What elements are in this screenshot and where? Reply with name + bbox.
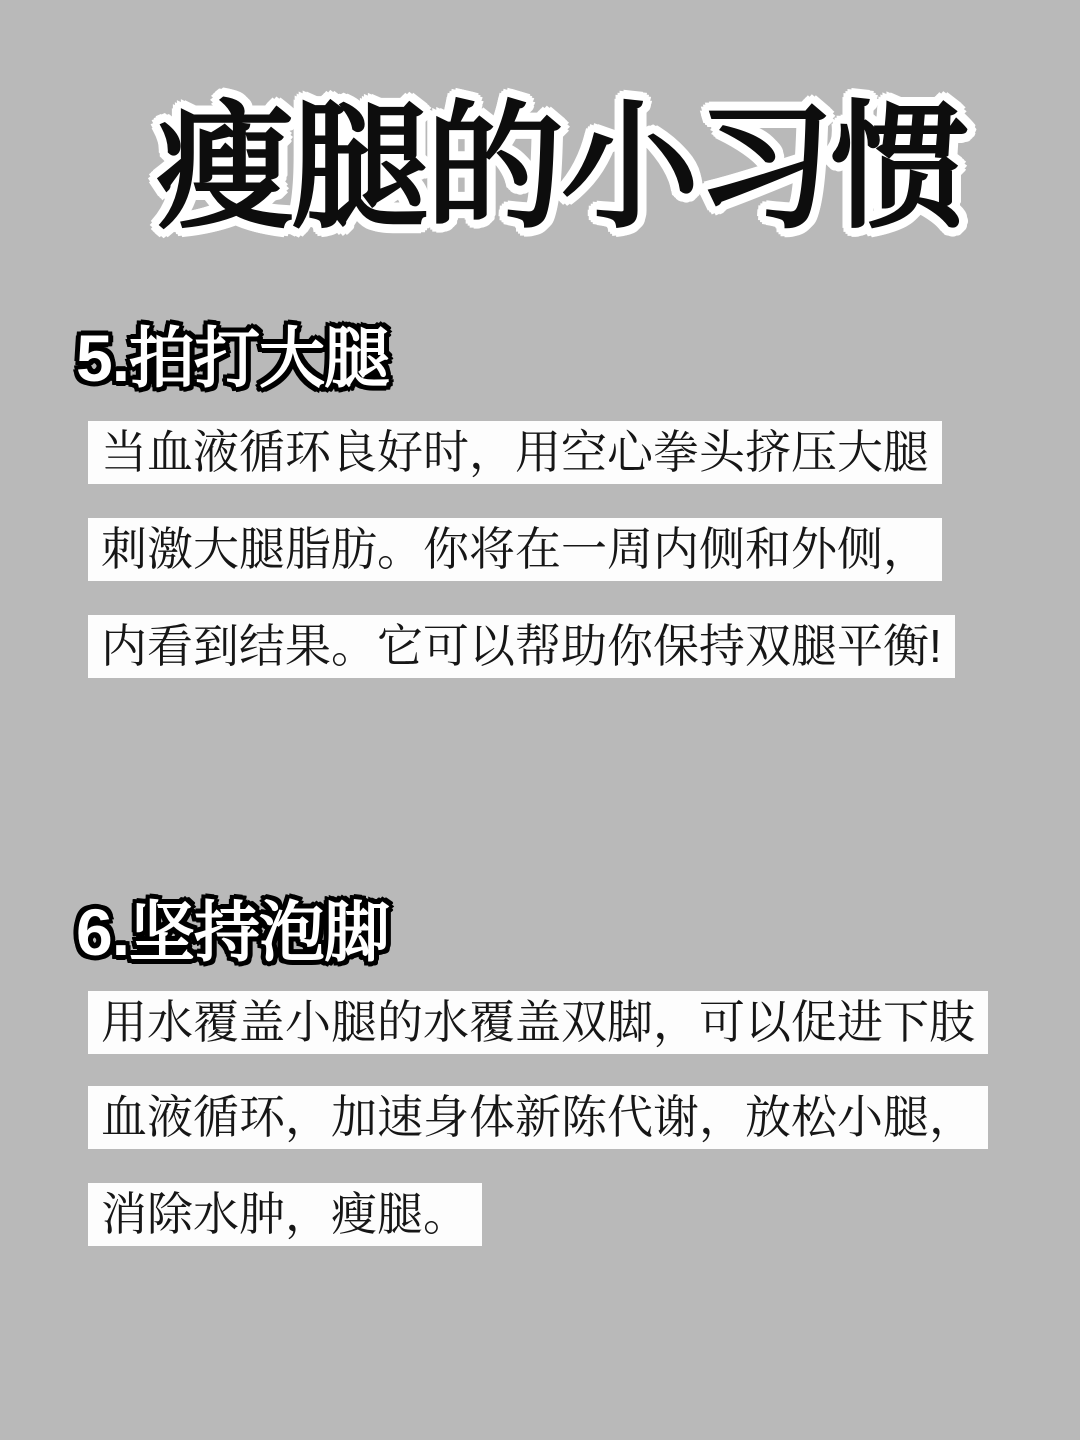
section-5-heading: 5.拍打大腿 <box>76 321 389 395</box>
poster-title: 瘦腿的小习惯 <box>0 88 1080 248</box>
section-5-text-line: 当血液循环良好时，用空心拳头挤压大腿 <box>88 421 942 484</box>
section-5-text-line: 刺激大腿脂肪。你将在一周内侧和外侧， <box>88 518 942 581</box>
section-6-heading: 6.坚持泡脚 <box>76 895 389 969</box>
section-6-text-line: 血液循环，加速身体新陈代谢，放松小腿， <box>88 1086 988 1149</box>
section-5-text-line: 内看到结果。它可以帮助你保持双腿平衡! <box>88 615 955 678</box>
section-6-text-line: 用水覆盖小腿的水覆盖双脚，可以促进下肢 <box>88 991 988 1054</box>
section-6-text-line: 消除水肿，瘦腿。 <box>88 1183 482 1246</box>
poster-page: 瘦腿的小习惯 5.拍打大腿 当血液循环良好时，用空心拳头挤压大腿 刺激大腿脂肪。… <box>0 0 1080 1440</box>
